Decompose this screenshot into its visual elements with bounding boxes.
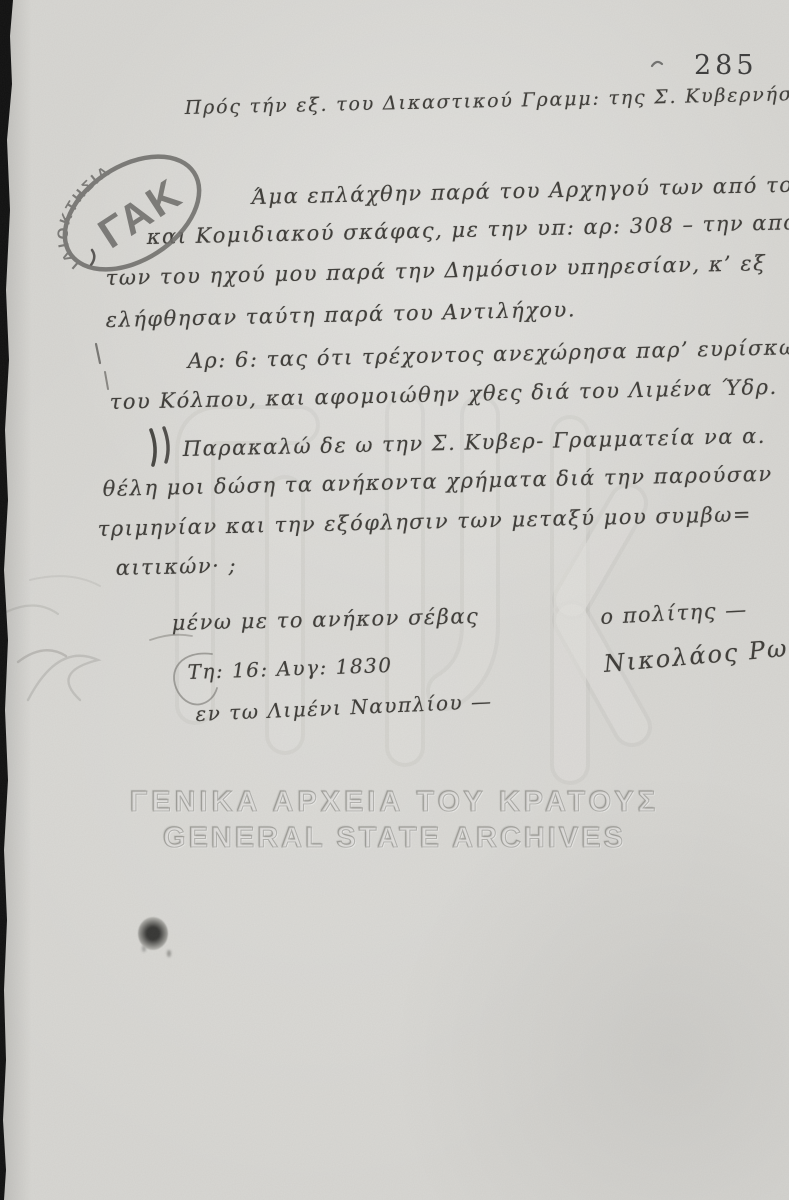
watermark-text-english: GENERAL STATE ARCHIVES xyxy=(0,822,789,855)
manuscript-line: αιτικών· ; xyxy=(115,553,237,580)
watermark-text-greek: ΓΕΝΙΚΑ ΑΡΧΕΙΑ ΤΟΥ ΚΡΑΤΟΥΣ xyxy=(0,786,789,819)
ink-blot xyxy=(138,917,168,950)
page-number: 285 xyxy=(694,50,758,81)
scan-edge-left xyxy=(0,0,16,1200)
